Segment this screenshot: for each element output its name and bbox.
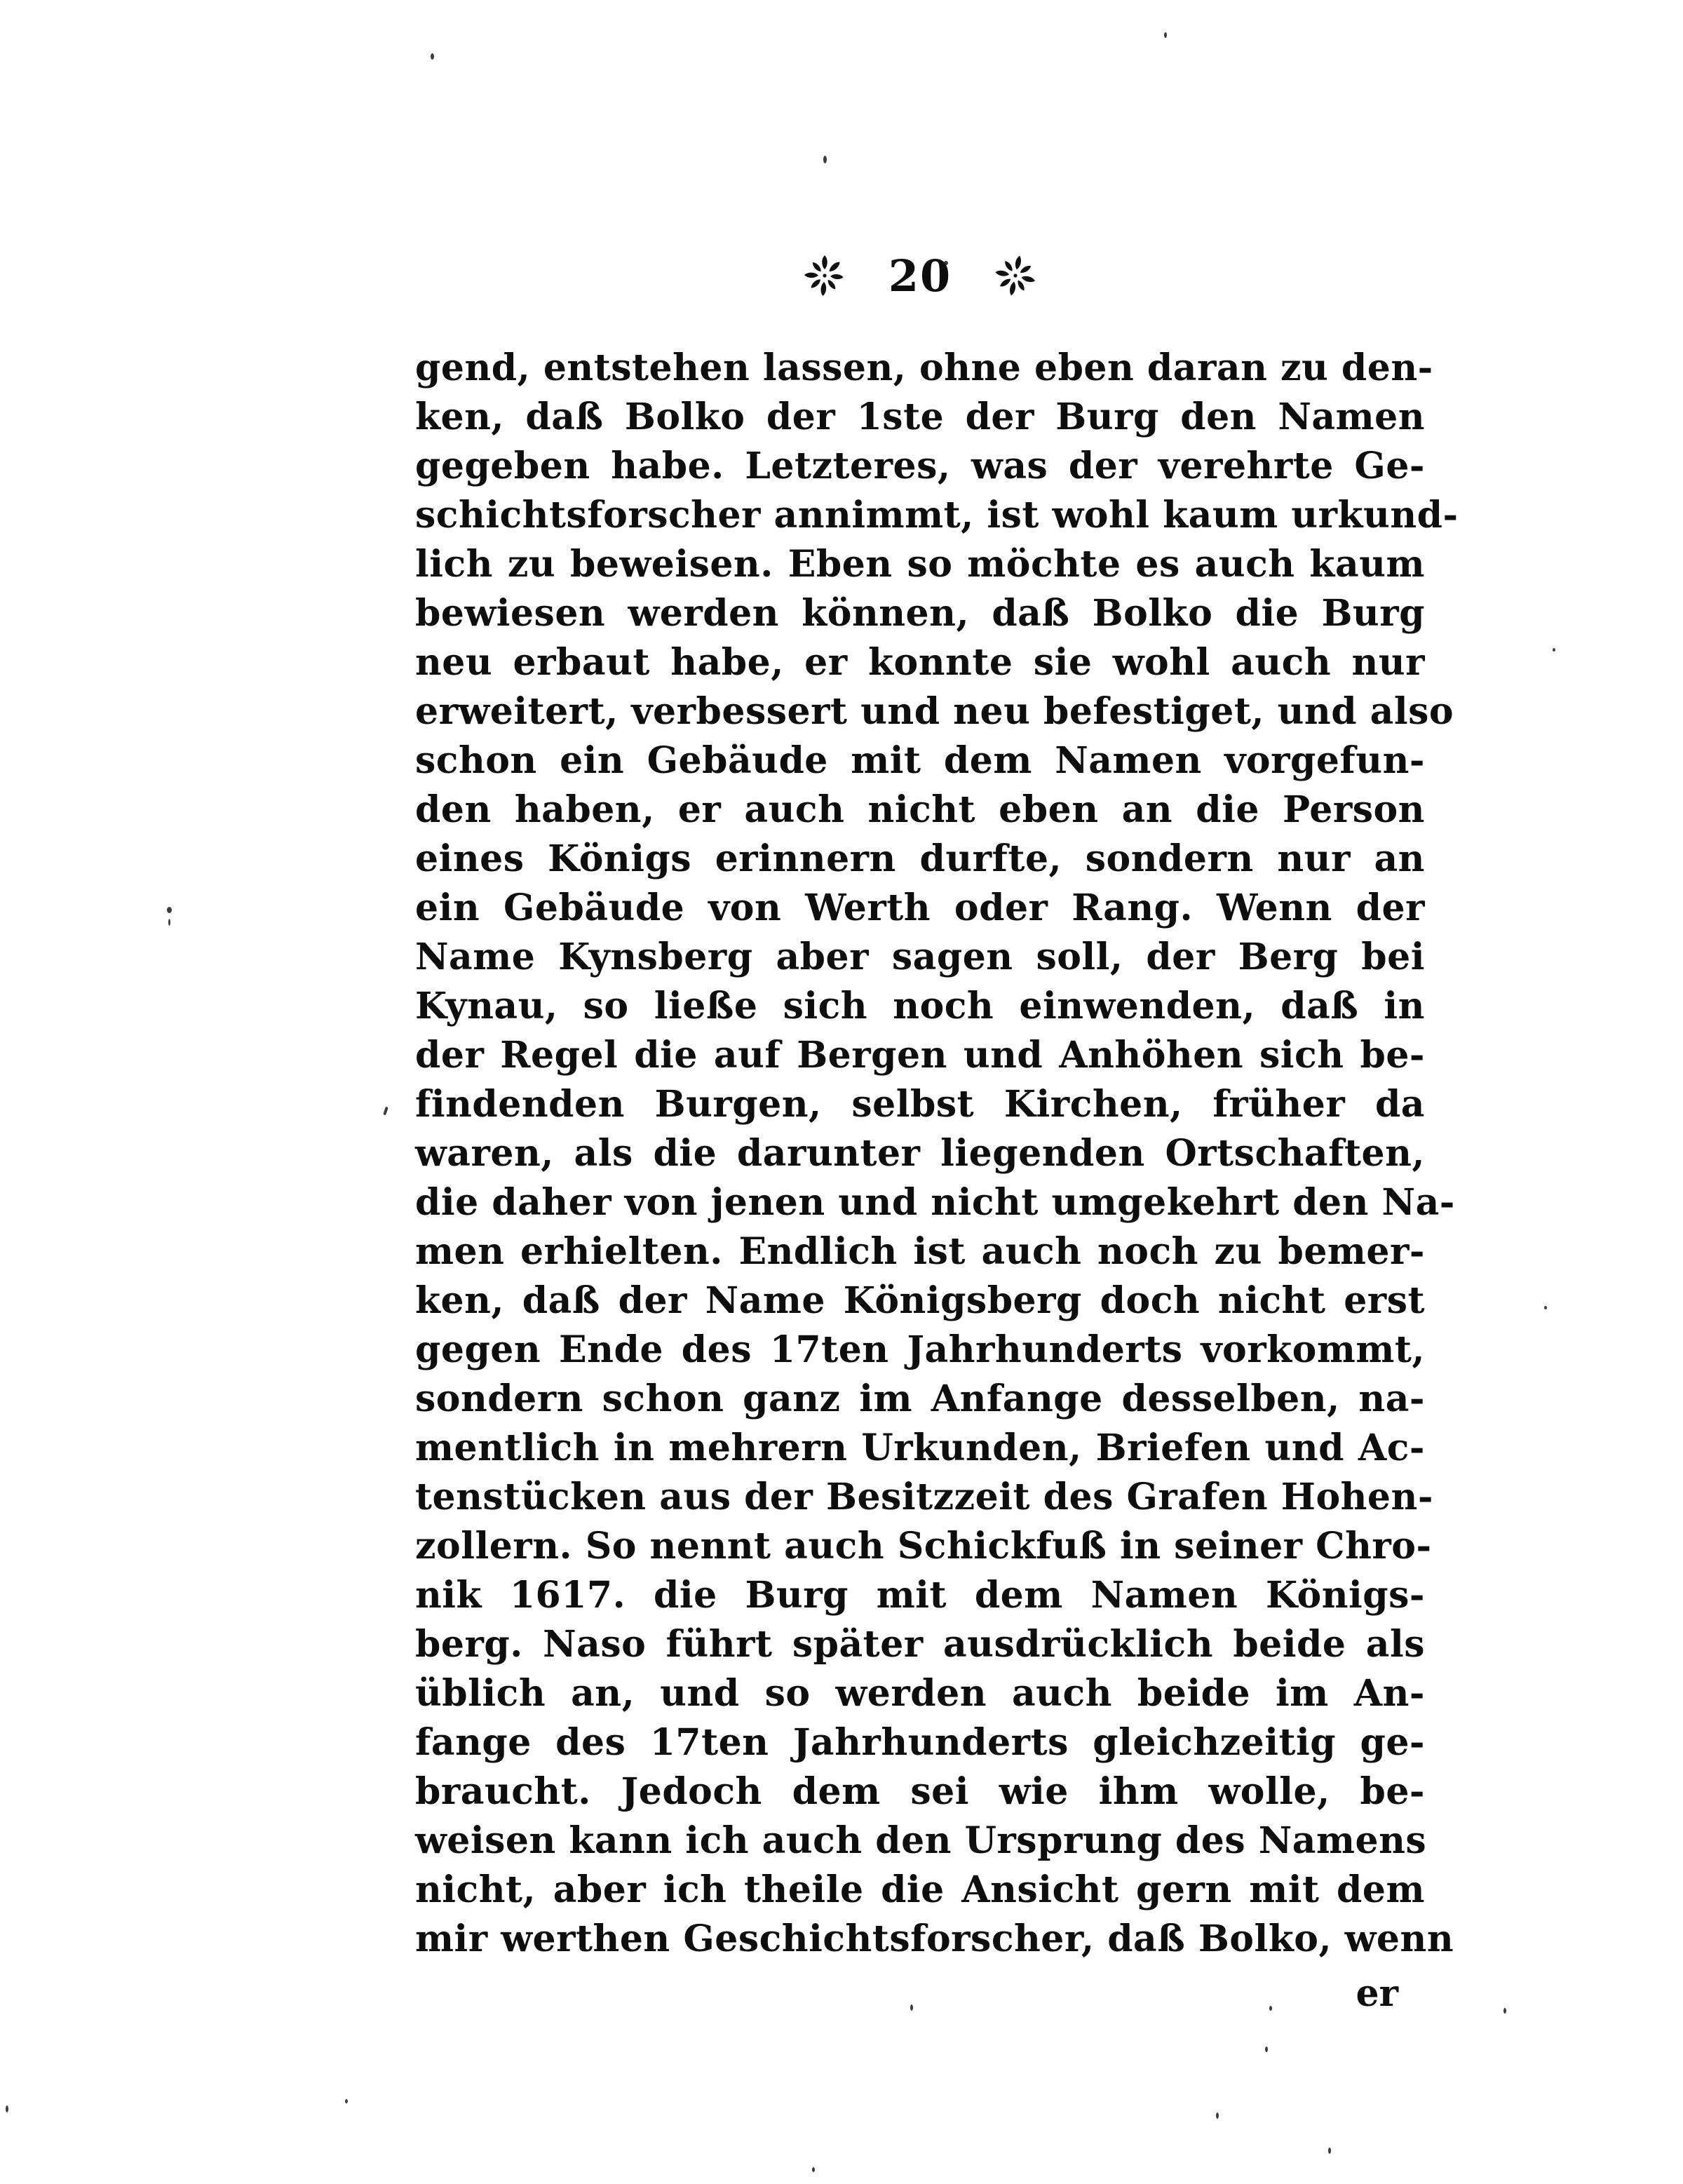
text-line: gegen Ende des 17ten Jahrhunderts vorkom… xyxy=(415,1326,1425,1375)
text-line: üblich an, und so werden auch beide im A… xyxy=(415,1669,1425,1718)
catchword: er xyxy=(415,1972,1398,2015)
text-line: schon ein Gebäude mit dem Namen vorgefun… xyxy=(415,736,1425,786)
page-header: 20 xyxy=(415,244,1425,307)
floral-asterisk-icon xyxy=(992,250,1039,301)
text-line: tenstücken aus der Besitzzeit des Grafen… xyxy=(415,1473,1425,1522)
scan-speck xyxy=(1269,2006,1272,2011)
text-line: fange des 17ten Jahrhunderts gleichzeiti… xyxy=(415,1718,1425,1767)
text-line: eines Königs erinnern durfte, sondern nu… xyxy=(415,835,1425,884)
page-number: 20 xyxy=(888,250,952,302)
text-line: findenden Burgen, selbst Kirchen, früher… xyxy=(415,1080,1425,1129)
scan-speck xyxy=(1265,2047,1268,2052)
text-line: gegeben habe. Letzteres, was der verehrt… xyxy=(415,442,1425,491)
text-line: weisen kann ich auch den Ursprung des Na… xyxy=(415,1816,1425,1866)
text-line: neu erbaut habe, er konnte sie wohl auch… xyxy=(415,638,1425,687)
floral-asterisk-icon xyxy=(802,250,848,301)
scan-speck xyxy=(1164,32,1167,38)
text-line: braucht. Jedoch dem sei wie ihm wolle, b… xyxy=(415,1767,1425,1816)
text-line: erweitert, verbessert und neu befestiget… xyxy=(415,687,1425,736)
scan-speck xyxy=(167,907,172,913)
text-line: mir werthen Geschichtsforscher, daß Bolk… xyxy=(415,1915,1425,1964)
text-line: den haben, er auch nicht eben an die Per… xyxy=(415,786,1425,835)
text-line: nicht, aber ich theile die Ansicht gern … xyxy=(415,1866,1425,1915)
scan-speck xyxy=(910,2004,913,2011)
text-line: ken, daß der Name Königsberg doch nicht … xyxy=(415,1276,1425,1326)
scanned-book-page: 20 gend, entstehen lassen, ohne eben dar… xyxy=(0,0,1683,2184)
scan-speck xyxy=(812,2167,815,2172)
text-line: sondern schon ganz im Anfange desselben,… xyxy=(415,1375,1425,1424)
text-line: schichtsforscher annimmt, ist wohl kaum … xyxy=(415,491,1425,540)
text-line: nik 1617. die Burg mit dem Namen Königs- xyxy=(415,1571,1425,1620)
scan-speck xyxy=(1544,1306,1547,1309)
text-line: die daher von jenen und nicht umgekehrt … xyxy=(415,1178,1425,1227)
scan-speck xyxy=(1553,648,1555,652)
scan-speck xyxy=(1216,2112,1219,2119)
text-line: waren, als die darunter liegenden Ortsch… xyxy=(415,1129,1425,1178)
text-line: Name Kynsberg aber sagen soll, der Berg … xyxy=(415,933,1425,982)
scan-speck xyxy=(944,261,948,265)
text-line: mentlich in mehrern Urkunden, Briefen un… xyxy=(415,1424,1425,1473)
text-line: berg. Naso führt später ausdrücklich bei… xyxy=(415,1620,1425,1669)
scan-speck xyxy=(823,156,827,163)
scan-speck xyxy=(168,919,170,926)
scan-speck xyxy=(1328,2148,1331,2154)
text-line: bewiesen werden können, daß Bolko die Bu… xyxy=(415,589,1425,638)
scan-speck xyxy=(431,53,434,60)
text-line: lich zu beweisen. Eben so möchte es auch… xyxy=(415,540,1425,589)
text-line: men erhielten. Endlich ist auch noch zu … xyxy=(415,1227,1425,1276)
body-text: gend, entstehen lassen, ohne eben daran … xyxy=(415,344,1425,1964)
scan-speck xyxy=(6,2105,8,2112)
text-line: gend, entstehen lassen, ohne eben daran … xyxy=(415,344,1425,393)
text-line: Kynau, so ließe sich noch einwenden, daß… xyxy=(415,982,1425,1031)
text-line: ein Gebäude von Werth oder Rang. Wenn de… xyxy=(415,884,1425,933)
text-line: zollern. So nennt auch Schickfuß in sein… xyxy=(415,1522,1425,1571)
text-line: ken, daß Bolko der 1ste der Burg den Nam… xyxy=(415,393,1425,442)
scan-speck xyxy=(1503,2008,1506,2014)
scan-speck xyxy=(345,2099,348,2103)
text-line: der Regel die auf Bergen und Anhöhen sic… xyxy=(415,1031,1425,1080)
scan-speck xyxy=(383,1107,388,1116)
